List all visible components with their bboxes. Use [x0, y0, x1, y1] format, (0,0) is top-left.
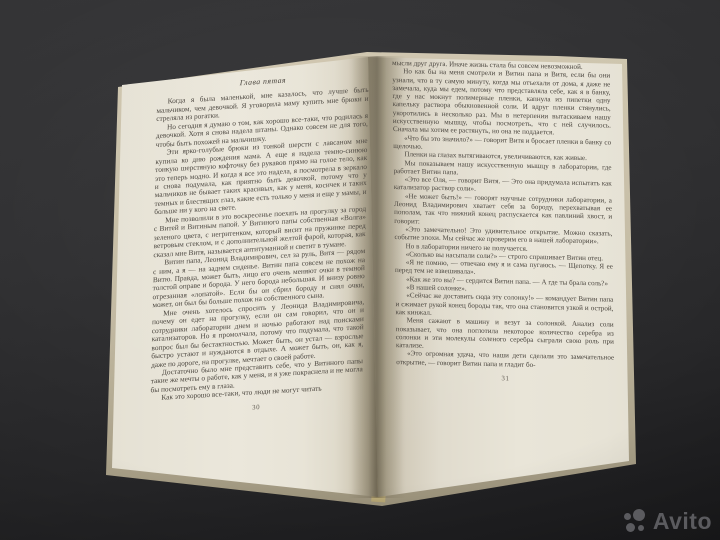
right-page-paragraphs: мысли друг друга. Иначе жизнь стала бы с… [392, 59, 614, 371]
paragraph: «Это огромная удача, что наши дети сдела… [396, 349, 614, 370]
paragraph: «Не может быть!» — говорят научные сотру… [394, 192, 612, 230]
paragraph: Меня сажают в машину и везут за солонкой… [396, 316, 614, 354]
avito-watermark: Avito [624, 508, 712, 535]
left-page-text: Глава пятая Когда я была маленькой, мне … [150, 72, 369, 419]
avito-logo-icon [624, 509, 649, 535]
left-page-paragraphs: Когда я была маленькой, мне казалось, чт… [150, 86, 368, 403]
paragraph: Но как бы на меня смотрели и Витин папа … [392, 67, 611, 138]
watermark-label: Avito [653, 508, 712, 535]
right-page-text: мысли друг друга. Иначе жизнь стала бы с… [392, 59, 615, 386]
photo-background: Глава пятая Когда я была маленькой, мне … [0, 0, 720, 540]
